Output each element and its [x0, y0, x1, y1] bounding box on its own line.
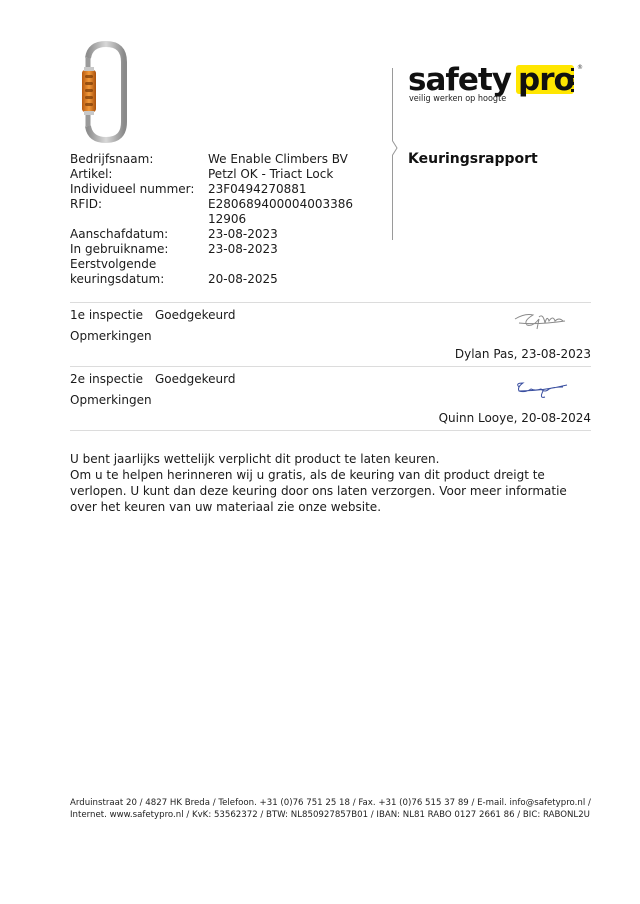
next-inspection-date: 20-08-2025 — [208, 272, 408, 287]
info-row-serial: Individueel nummer: 23F0494270881 — [70, 182, 408, 197]
notice-line-1: U bent jaarlijks wettelijk verplicht dit… — [70, 451, 575, 467]
inspection-signer: Dylan Pas, 23-08-2023 — [455, 347, 591, 361]
legal-notice: U bent jaarlijks wettelijk verplicht dit… — [70, 451, 575, 515]
logo-brand-right: pro — [518, 62, 574, 98]
inspection-section-end — [70, 430, 591, 431]
inspection-remarks-label: Opmerkingen — [70, 329, 152, 343]
info-value: 23-08-2023 — [208, 242, 408, 257]
info-row-in-use-date: In gebruikname: 23-08-2023 — [70, 242, 408, 257]
signature-image — [513, 381, 569, 403]
logo-brand-left: safety — [408, 62, 512, 98]
info-value: E280689400004003386 12906 — [208, 197, 408, 227]
notice-line-2: Om u te helpen herinneren wij u gratis, … — [70, 467, 575, 515]
info-label: Artikel: — [70, 167, 208, 182]
report-title: Keuringsrapport — [408, 151, 538, 167]
rfid-line-2: 12906 — [208, 212, 408, 227]
inspection-2: 2e inspectie Goedgekeurd Opmerkingen Qui… — [70, 366, 591, 429]
safetypro-logo: safety pro ® veilig werken op hoogte — [408, 58, 586, 108]
info-value: 23-08-2023 — [208, 227, 408, 242]
info-label: Aanschafdatum: — [70, 227, 208, 242]
inspection-title: 1e inspectie — [70, 308, 143, 322]
info-row-article: Artikel: Petzl OK - Triact Lock — [70, 167, 408, 182]
info-value: 23F0494270881 — [208, 182, 408, 197]
logo-tagline: veilig werken op hoogte — [409, 94, 506, 104]
inspection-status: Goedgekeurd — [155, 372, 236, 386]
info-label: Eerstvolgende keuringsdatum: — [70, 257, 208, 287]
company-footer: Arduinstraat 20 / 4827 HK Breda / Telefo… — [70, 797, 600, 821]
registered-mark: ® — [577, 64, 583, 71]
inspection-title: 2e inspectie — [70, 372, 143, 386]
info-label: In gebruikname: — [70, 242, 208, 257]
info-row-purchase-date: Aanschafdatum: 23-08-2023 — [70, 227, 408, 242]
label-line-2: keuringsdatum: — [70, 272, 208, 287]
info-label: Bedrijfsnaam: — [70, 152, 208, 167]
label-line-1: Eerstvolgende — [70, 257, 208, 272]
info-row-company: Bedrijfsnaam: We Enable Climbers BV — [70, 152, 408, 167]
info-label: RFID: — [70, 197, 208, 227]
inspection-signer: Quinn Looye, 20-08-2024 — [439, 411, 591, 425]
footer-line-1: Arduinstraat 20 / 4827 HK Breda / Telefo… — [70, 797, 600, 809]
carabiner-image — [72, 38, 132, 146]
inspection-remarks-label: Opmerkingen — [70, 393, 152, 407]
info-value: Petzl OK - Triact Lock — [208, 167, 408, 182]
info-value: We Enable Climbers BV — [208, 152, 408, 167]
info-row-rfid: RFID: E280689400004003386 12906 — [70, 197, 408, 227]
inspection-1: 1e inspectie Goedgekeurd Opmerkingen Dyl… — [70, 302, 591, 365]
footer-line-2: Internet. www.safetypro.nl / KvK: 535623… — [70, 809, 600, 821]
rfid-line-1: E280689400004003386 — [208, 197, 408, 212]
info-row-next-inspection: Eerstvolgende keuringsdatum: 20-08-2025 — [70, 257, 408, 287]
product-info-table: Bedrijfsnaam: We Enable Climbers BV Arti… — [70, 152, 408, 287]
signature-image — [513, 309, 569, 331]
info-label: Individueel nummer: — [70, 182, 208, 197]
inspection-status: Goedgekeurd — [155, 308, 236, 322]
info-value: 20-08-2025 — [208, 257, 408, 287]
